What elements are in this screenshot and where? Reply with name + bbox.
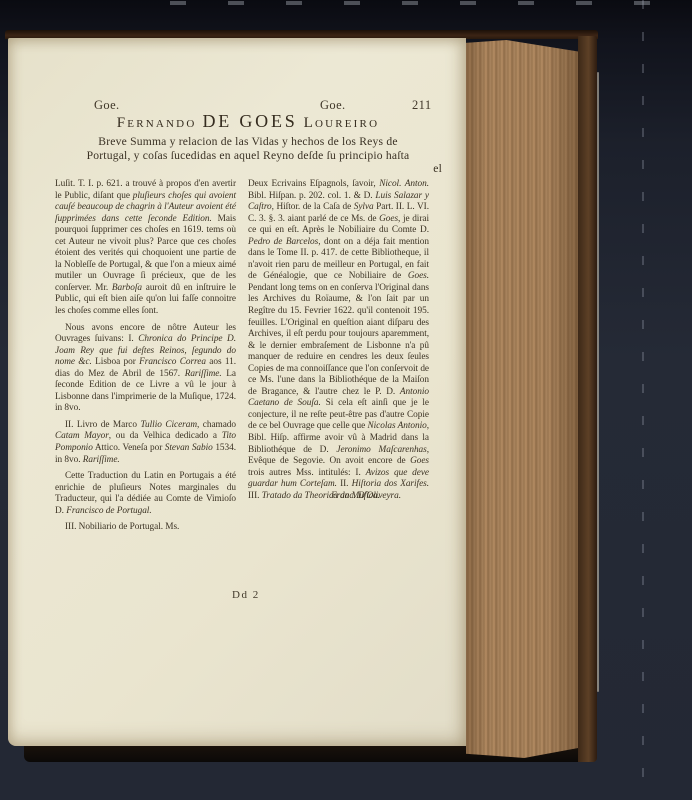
text-columns: Luſit. T. I. p. 621. a trouvé à propos d… [55,179,429,539]
paragraph: Deux Ecrivains Eſpagnols, ſavoir, Nicol.… [248,179,429,502]
title-part: Fernando [117,115,197,131]
paragraph: II. Livro de Marco Tullio Ciceram, chama… [55,420,236,466]
subtitle-line: Portugal, y coſas ſucedidas en aquel Rey… [40,149,456,163]
headmatter: FernandoDE GOESLoureiro Breve Summa y re… [40,111,456,176]
cover-edge-highlight [597,72,599,692]
book-page: Goe. Goe. 211 FernandoDE GOESLoureiro Br… [8,38,466,746]
film-edge-dashes [642,0,644,800]
paragraph: III. Nobiliario de Portugal. Ms. [55,522,236,534]
film-frame-marks [170,1,680,5]
paragraph: Nous avons encore de nôtre Auteur les Ou… [55,323,236,415]
gathering-signature-mark: Dd 2 [232,589,260,601]
paragraph: Cette Traduction du Latin en Portugais a… [55,471,236,517]
book-fore-edge-pages [466,40,578,758]
title-part: DE GOES [202,111,297,131]
subtitle-line: Breve Summa y relacion de las Vidas y he… [40,135,456,149]
paragraph: Luſit. T. I. p. 621. a trouvé à propos d… [55,179,236,318]
book-cover-right-edge [578,36,597,762]
book-scan-photo: Goe. Goe. 211 FernandoDE GOESLoureiro Br… [0,0,692,800]
title-part: Loureiro [304,115,380,131]
subtitle-line: el [40,162,456,176]
left-column: Luſit. T. I. p. 621. a trouvé à propos d… [55,179,236,539]
right-column: Deux Ecrivains Eſpagnols, ſavoir, Nicol.… [248,179,429,539]
article-subtitle: Breve Summa y relacion de las Vidas y he… [40,135,456,176]
article-title: FernandoDE GOESLoureiro [40,111,456,132]
